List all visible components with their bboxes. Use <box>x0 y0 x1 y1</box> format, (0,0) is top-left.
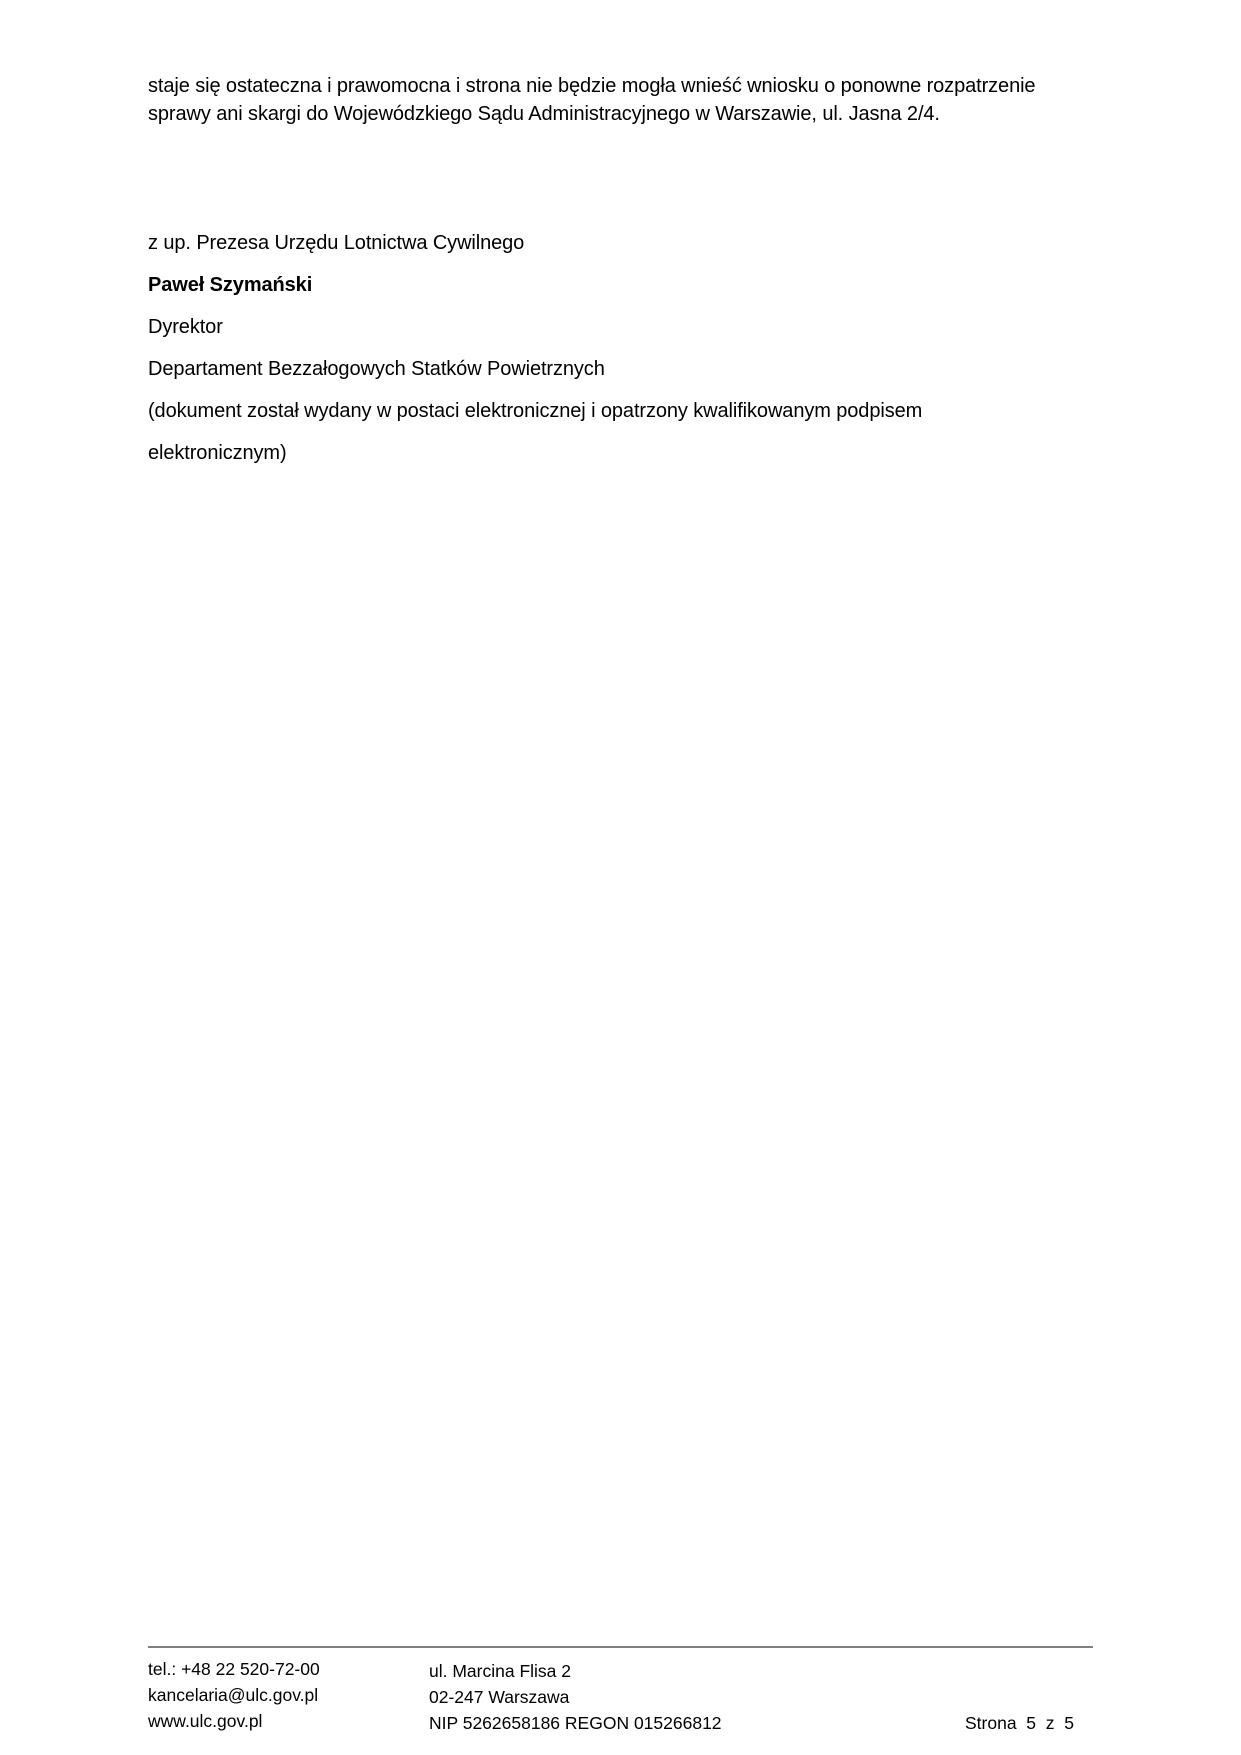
page-label: Strona <box>965 1713 1017 1733</box>
signatory-department: Departament Bezzałogowych Statków Powiet… <box>148 348 922 390</box>
footer-address: ul. Marcina Flisa 2 02-247 Warszawa NIP … <box>429 1658 722 1736</box>
footer-phone: tel.: +48 22 520-72-00 <box>148 1656 320 1682</box>
electronic-signature-note-line-1: (dokument został wydany w postaci elektr… <box>148 390 922 432</box>
footer-city: 02-247 Warszawa <box>429 1684 722 1710</box>
document-page: staje się ostateczna i prawomocna i stro… <box>0 0 1241 1755</box>
footer-email[interactable]: kancelaria@ulc.gov.pl <box>148 1682 320 1708</box>
footer-divider <box>148 1646 1093 1648</box>
electronic-signature-note-line-2: elektronicznym) <box>148 432 922 474</box>
signature-authorization: z up. Prezesa Urzędu Lotnictwa Cywilnego <box>148 222 922 264</box>
footer-tax-ids: NIP 5262658186 REGON 015266812 <box>429 1710 722 1736</box>
page-current: 5 <box>1026 1713 1036 1733</box>
paragraph-line-2: sprawy ani skargi do Wojewódzkiego Sądu … <box>148 100 1098 128</box>
footer-contact: tel.: +48 22 520-72-00 kancelaria@ulc.go… <box>148 1656 320 1734</box>
signatory-name: Paweł Szymański <box>148 264 922 306</box>
footer-website[interactable]: www.ulc.gov.pl <box>148 1708 320 1734</box>
closing-paragraph: staje się ostateczna i prawomocna i stro… <box>148 72 1098 128</box>
page-separator: z <box>1046 1713 1055 1733</box>
paragraph-line-1: staje się ostateczna i prawomocna i stro… <box>148 72 1098 100</box>
signatory-position: Dyrektor <box>148 306 922 348</box>
signature-block: z up. Prezesa Urzędu Lotnictwa Cywilnego… <box>148 222 922 474</box>
page-indicator: Strona 5 z 5 <box>965 1710 1074 1736</box>
page-total: 5 <box>1064 1713 1074 1733</box>
footer-street: ul. Marcina Flisa 2 <box>429 1658 722 1684</box>
